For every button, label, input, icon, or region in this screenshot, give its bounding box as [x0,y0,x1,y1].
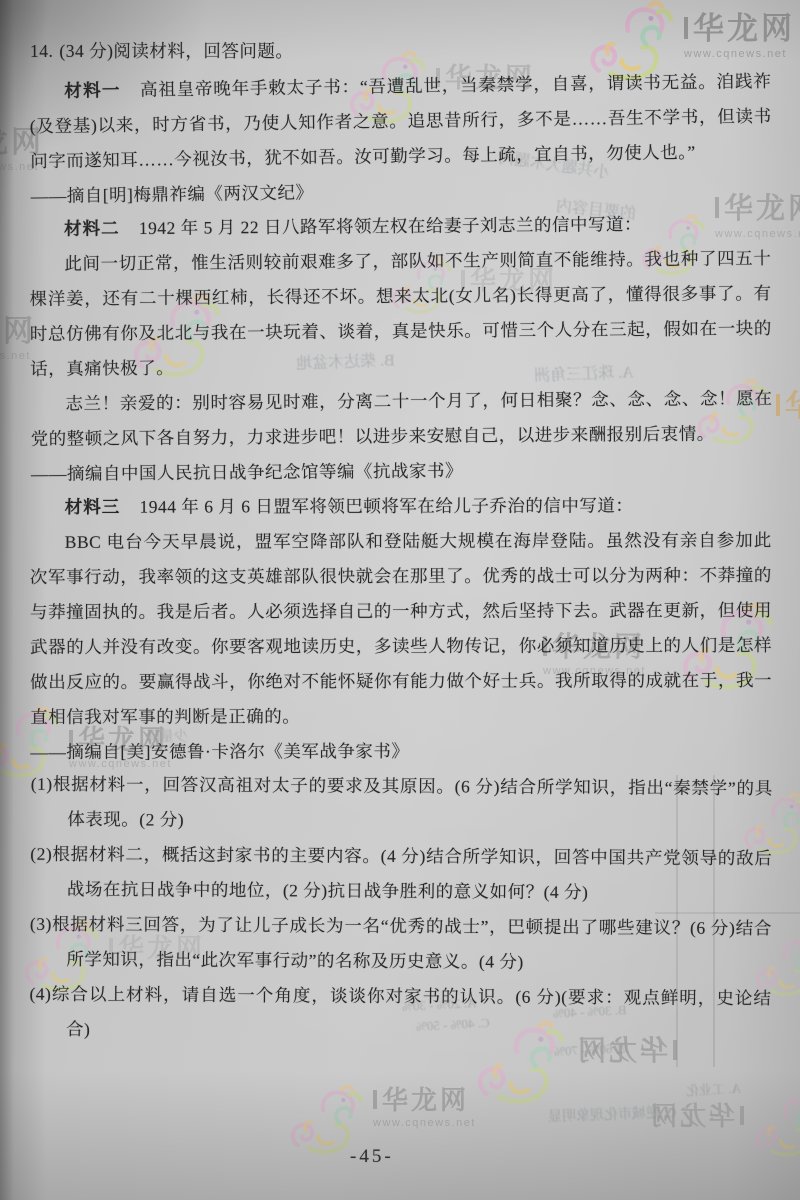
subquestion-4: (4)综合以上材料，请自选一个角度，谈谈你对家书的认识。(6 分)(要求：观点鲜… [29,977,771,1052]
material-three-heading: 材料三1944 年 6 月 6 日盟军将领巴顿将军在给儿子乔治的信中写道： [30,488,772,525]
material-two-paragraph: 志兰！亲爱的：别时容易见时难，分离二十一个月了，何日相聚？念、念、念、念！愿在党… [30,381,773,457]
subquestion-1: (1)根据材料一，回答汉高祖对太子的要求及其原因。(6 分)结合所学知识，指出“… [30,767,772,842]
material-one-label: 材料一 [64,80,121,101]
bleedthrough-text: A. 工业化 [686,1078,742,1100]
material-two-source: ——摘编自中国人民抗日战争纪念馆等编《抗战家书》 [31,451,773,492]
material-three-section: 材料三1944 年 6 月 6 日盟军将领巴顿将军在给儿子乔治的信中写道： BB… [30,488,773,770]
dragon-logo-icon [751,1092,800,1166]
material-two-heading: 材料二1942 年 5 月 22 日八路军将领左权在给妻子刘志兰的信中写道： [29,206,771,247]
page-number: -45- [350,1146,394,1168]
material-two-section: 材料二1942 年 5 月 22 日八路军将领左权在给妻子刘志兰的信中写道： 此… [29,206,773,492]
material-two-paragraph: 此间一切正常，惟生活则较前艰难多了，部队如不生产则简直不能维持。我也种了四五十棵… [29,241,772,387]
watermark-text: 华龙网 [776,390,800,423]
watermark-url: www.cqnews.net [373,1117,476,1129]
bleedthrough-text: C. 逆城市化现象明显 [548,1102,677,1126]
material-one-paragraph: 材料一高祖皇帝晚年手敕太子书：“吾遭乱世，当秦禁学，自喜，谓读书无益。洎践祚(及… [29,64,772,179]
watermark-text: 华龙网 [373,1086,476,1115]
subquestion-3: (3)根据材料三回答，为了让儿子成长为一名“优秀的战士”，巴顿提出了哪些建议？(… [30,907,772,982]
material-three-label: 材料三 [65,497,121,517]
material-two-label: 材料二 [64,218,120,238]
material-one-text: 高祖皇帝晚年手敕太子书：“吾遭乱世，当秦禁学，自喜，谓读书无益。洎践祚(及登基)… [30,71,772,171]
material-two-intro: 1942 年 5 月 22 日八路军将领左权在给妻子刘志兰的信中写道： [139,214,642,238]
question-header: 14.(34 分)阅读材料，回答问题。 [30,34,772,69]
question-intro: (34 分)阅读材料，回答问题。 [59,41,293,61]
material-one-section: 材料一高祖皇帝晚年手敕太子书：“吾遭乱世，当秦禁学，自喜，谓读书无益。洎践祚(及… [29,64,773,214]
material-three-source: ——摘编自[美]安德鲁·卡洛尔《美军战争家书》 [30,733,772,770]
question-number: 14. [30,41,53,61]
subquestions-section: (1)根据材料一，回答汉高祖对太子的要求及其原因。(6 分)结合所学知识，指出“… [29,767,773,1052]
material-three-intro: 1944 年 6 月 6 日盟军将领巴顿将军在给儿子乔治的信中写道： [139,495,633,516]
hualongwang-watermark-bleed: 华龙网 [648,1092,800,1166]
scanned-exam-page: 华龙网 华龙网www.cqnews.net 华龙网www.cqnews.net … [0,0,800,1200]
material-three-paragraph: BBC 电台今天早晨说，盟军空降部队和登陆艇大规模在海岸登陆。虽然没有亲自参加此… [30,523,773,735]
subquestion-2: (2)根据材料二，概括这封家书的主要内容。(4 分)结合所学知识，回答中国共产党… [30,837,772,912]
watermark-text: 华龙网 [648,1102,744,1131]
exam-question-14: 14.(34 分)阅读材料，回答问题。 材料一高祖皇帝晚年手敕太子书：“吾遭乱世… [30,34,772,1049]
